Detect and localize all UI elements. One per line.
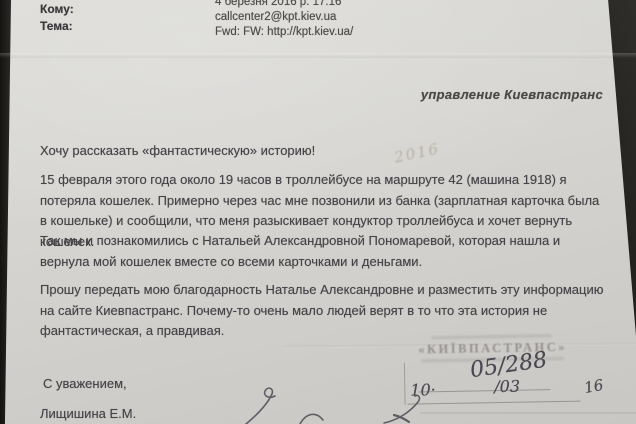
header-subject-label: Тема: [40,18,73,35]
body-paragraph: Так мы и познакомились с Натальей Алекса… [40,231,606,272]
recipient-line: управление Киевпастранс [421,87,603,102]
stamp-rule-line [408,401,581,405]
paper-crease [420,412,636,414]
stamp-handwritten-day: 10· [410,380,436,399]
stamp-handwritten-month: /03 [494,377,520,396]
paper-fold-line-top [0,53,636,58]
stamp-rule-line [418,389,550,392]
stamp-handwritten-year: 16 [583,376,605,397]
header-email-line: callcenter2@kpt.kiev.ua [215,10,353,25]
registration-stamp: «КИЇВПАСТРАНС» 05/288 10· /03 16 [401,331,604,409]
body-intro: Хочу рассказать «фантастическую» историю… [40,141,606,162]
letter-photo: Кому: Тема: 4 березня 2016 р. 17:16 call… [0,0,636,424]
header-date-line: 4 березня 2016 р. 17:16 [215,0,353,10]
header-fwd-line: Fwd: FW: http://kpt.kiev.ua/ [215,25,353,40]
header-to-label: Кому: [40,1,74,18]
signature-closing: С уважением, [43,376,127,391]
stamp-faint-text-smudge [431,334,551,339]
signature-name: Лищишина Е.М. [40,406,136,421]
header-meta-block: 4 березня 2016 р. 17:16 callcenter2@kpt.… [215,0,353,40]
stamp-left-border [404,363,406,405]
